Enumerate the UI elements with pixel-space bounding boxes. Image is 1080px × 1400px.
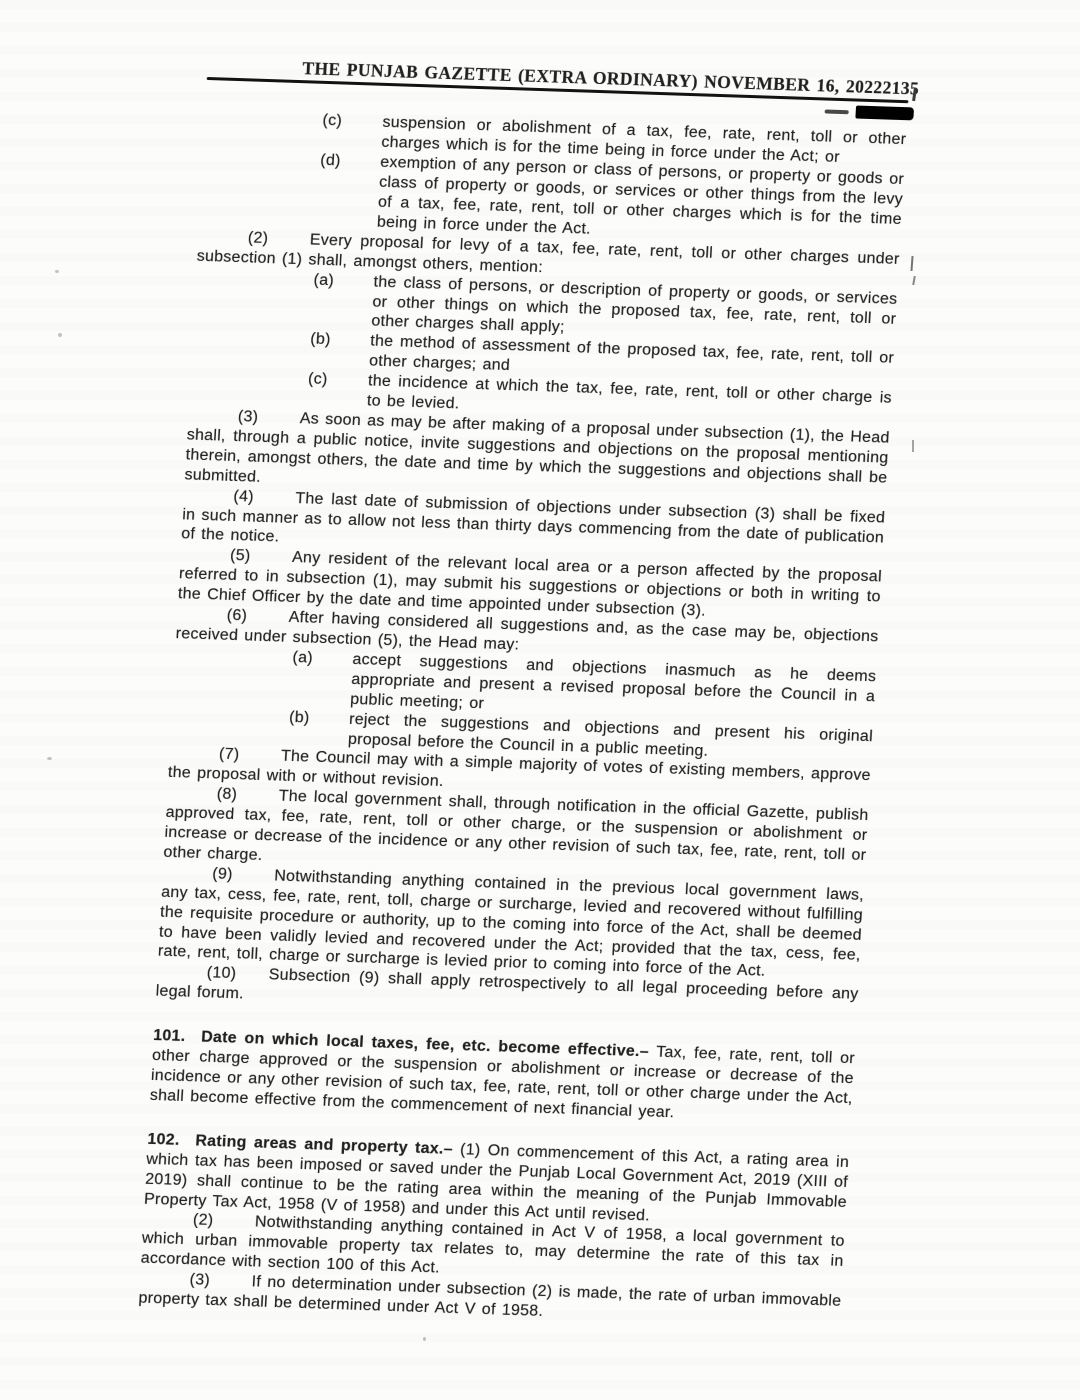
clause-label: (3) [237, 407, 300, 429]
clause-label: (9) [212, 864, 275, 886]
clause-label: (c) [322, 111, 383, 133]
page-edge-tick-artifact [912, 276, 916, 285]
section-101: 101.Date on which local taxes, fee, etc.… [149, 1026, 855, 1129]
scan-content-block: THE PUNJAB GAZETTE (EXTRA ORDINARY) NOVE… [138, 56, 910, 1332]
clause-label: (2) [192, 1211, 255, 1233]
clause-label: (3) [189, 1270, 252, 1292]
clause-label: (2) [247, 228, 310, 250]
clause-label: (a) [292, 648, 353, 670]
clause-label: (6) [226, 606, 289, 628]
section-text: (1) On commencement of this Act, a ratin… [144, 1141, 850, 1224]
clause-label: (b) [310, 330, 371, 352]
section-number: 101. [153, 1026, 202, 1047]
clause-label: (a) [313, 270, 374, 292]
section-number: 102. [147, 1129, 196, 1150]
scan-speckle-artifact [55, 270, 59, 273]
ink-blob-artifact [855, 106, 914, 121]
clause-label: (4) [233, 487, 296, 509]
clause-label: (5) [230, 546, 293, 568]
clause-label: (c) [308, 370, 369, 392]
clause-label: (b) [289, 708, 350, 730]
clause-label: (d) [320, 151, 381, 173]
scan-dash-artifact [825, 110, 849, 114]
scan-speckle-artifact [47, 757, 52, 760]
clause-label: (7) [218, 745, 281, 767]
page-edge-tick-artifact [912, 440, 914, 452]
page-edge-tick-artifact [910, 256, 913, 271]
gazette-page: THE PUNJAB GAZETTE (EXTRA ORDINARY) NOVE… [0, 0, 1080, 1400]
clause-label: (8) [216, 785, 279, 807]
scan-speckle-artifact [58, 333, 62, 337]
clause-label: (10) [206, 964, 269, 986]
scan-speckle-artifact [423, 1337, 426, 1341]
